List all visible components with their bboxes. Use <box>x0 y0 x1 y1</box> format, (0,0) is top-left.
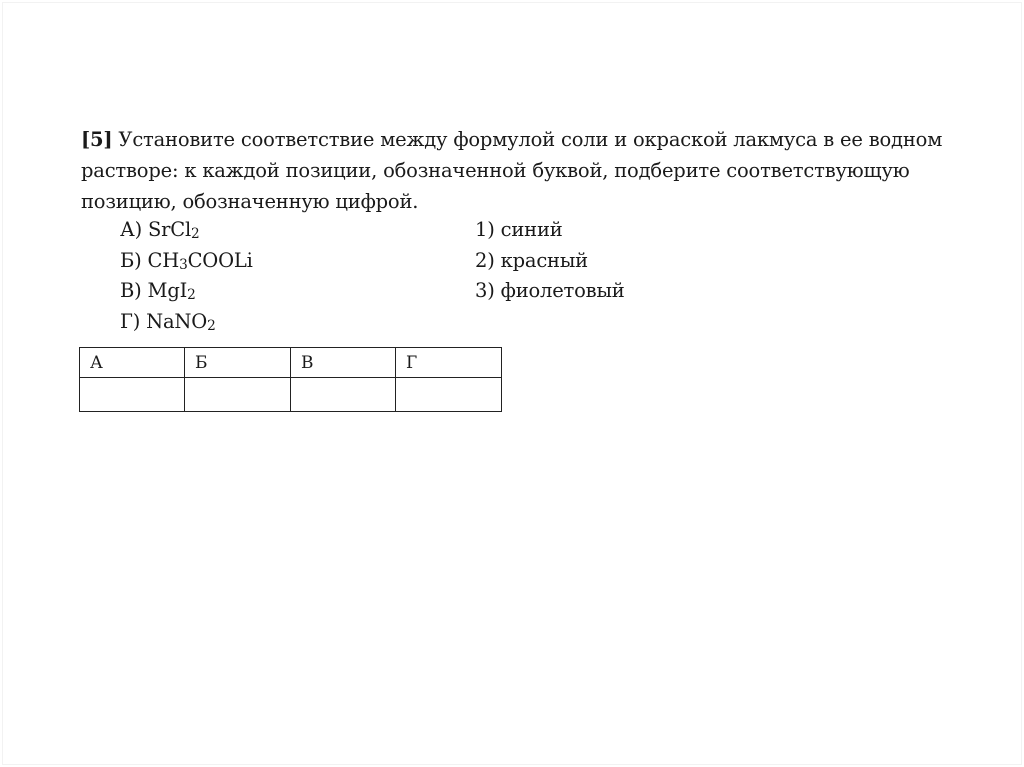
formula-item: Б) CH3COOLi <box>120 246 253 276</box>
option-text: синий <box>501 218 563 241</box>
answer-table-row <box>80 378 502 412</box>
question-body: Установите соответствие между формулой с… <box>81 128 942 213</box>
option-label: 2) <box>475 249 495 272</box>
formula-text: NaNO <box>146 310 207 333</box>
formula-text: MgI <box>148 279 188 302</box>
formula-label: Б) <box>120 249 142 272</box>
header-cell: А <box>80 348 185 378</box>
question-text: [5] Установите соответствие между формул… <box>81 124 961 217</box>
formula-subscript: 2 <box>191 226 199 242</box>
header-cell: Г <box>396 348 502 378</box>
formula-item: Г) NaNO2 <box>120 307 216 337</box>
answer-cell[interactable] <box>396 378 502 412</box>
formula-item: В) MgI2 <box>120 276 196 306</box>
formula-text: CH <box>148 249 180 272</box>
formula-subscript: 2 <box>207 318 215 334</box>
option-item: 2) красный <box>475 246 588 276</box>
header-cell: Б <box>185 348 291 378</box>
formula-text: SrCl <box>148 218 191 241</box>
option-text: красный <box>501 249 588 272</box>
header-cell: В <box>291 348 396 378</box>
question-number: [5] <box>81 128 112 151</box>
option-label: 3) <box>475 279 495 302</box>
option-item: 3) фиолетовый <box>475 276 625 306</box>
answer-table: А Б В Г <box>79 347 502 412</box>
formula-subscript: 2 <box>187 287 195 303</box>
formula-label: А) <box>120 218 142 241</box>
answer-cell[interactable] <box>80 378 185 412</box>
answer-table-header-row: А Б В Г <box>80 348 502 378</box>
option-text: фиолетовый <box>501 279 625 302</box>
formula-label: Г) <box>120 310 140 333</box>
option-label: 1) <box>475 218 495 241</box>
answer-cell[interactable] <box>185 378 291 412</box>
answer-cell[interactable] <box>291 378 396 412</box>
formula-label: В) <box>120 279 142 302</box>
formula-text: COOLi <box>188 249 253 272</box>
option-item: 1) синий <box>475 215 563 245</box>
formula-subscript: 3 <box>179 257 187 273</box>
formula-item: А) SrCl2 <box>120 215 200 245</box>
